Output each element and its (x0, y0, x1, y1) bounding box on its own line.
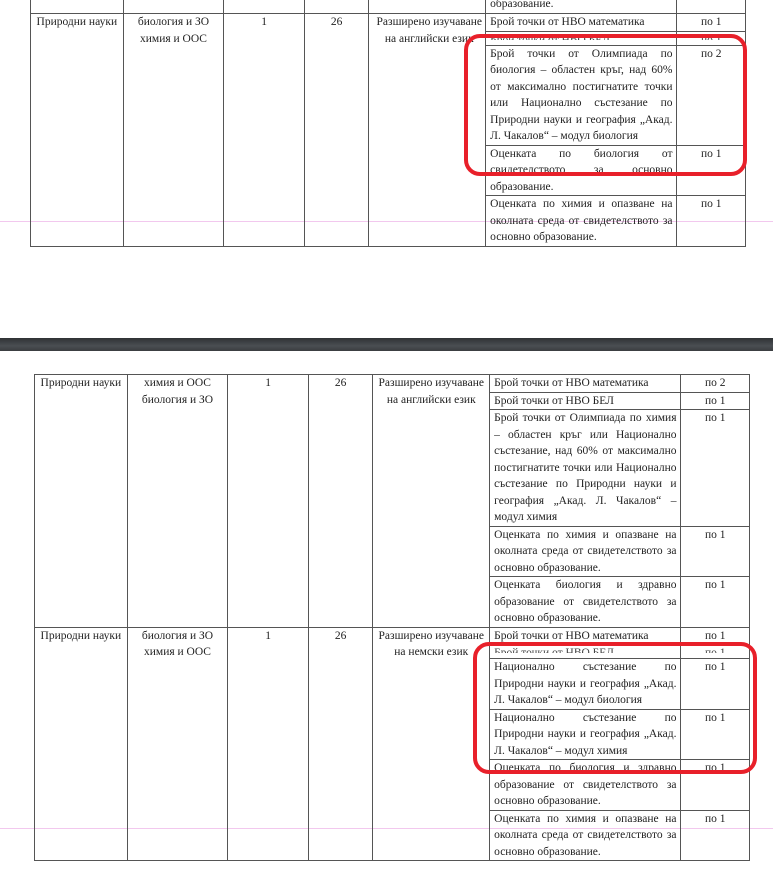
profile-cell: Природни науки (35, 375, 128, 628)
places-cell: 26 (308, 627, 372, 861)
criterion-coef: по 1 (677, 145, 746, 196)
criterion-text: Брой точки от НВО БЕЛ (486, 31, 677, 45)
criterion-text: Брой точки от НВО математика (490, 627, 681, 645)
subjects-cell: биология и ЗО химия и ООС (123, 14, 224, 247)
document-page-1: образование. Природни науки биология и З… (0, 0, 773, 338)
classes-cell: 1 (224, 14, 305, 247)
criterion-text: Оценката по химия и опазване на околната… (490, 810, 681, 861)
criterion-coef: по 1 (677, 196, 746, 247)
profile-cell: Природни науки (35, 627, 128, 861)
subjects-cell: химия и ООС биология и ЗО (127, 375, 228, 628)
criterion-text: Оценката по химия и опазване на околната… (490, 526, 681, 577)
places-cell: 26 (308, 375, 372, 628)
criterion-text: Оценката по химия и опазване на околната… (486, 196, 677, 247)
criterion-coef: по 1 (681, 659, 750, 710)
criterion-carryover: образование. (486, 0, 677, 14)
criterion-text: Брой точки от НВО БЕЛ (490, 392, 681, 410)
profile-cell: Природни науки (31, 14, 124, 247)
criterion-text: Оценката биология и здравно образование … (490, 577, 681, 628)
criterion-text: Брой точки от Олимпиада по химия – облас… (490, 410, 681, 527)
criterion-text: Брой точки от НВО БЕЛ (490, 645, 681, 659)
criterion-text: Национално състезание по Природни науки … (490, 709, 681, 760)
classes-cell: 1 (228, 627, 309, 861)
criterion-coef: по 2 (681, 375, 750, 393)
criterion-coef: по 1 (677, 14, 746, 32)
criterion-text: Национално състезание по Природни науки … (490, 659, 681, 710)
page-separator (0, 338, 773, 351)
note-cell: Разширено изучаване на английски език (369, 14, 486, 247)
criterion-coef: по 1 (681, 577, 750, 628)
criterion-coef: по 1 (681, 810, 750, 861)
document-page-2: Природни науки химия и ООС биология и ЗО… (0, 351, 773, 871)
criterion-coef: по 1 (681, 627, 750, 645)
places-cell: 26 (304, 14, 368, 247)
criterion-coef: по 2 (677, 45, 746, 145)
criterion-coef: по 1 (681, 410, 750, 527)
criterion-coef: по 1 (681, 645, 750, 659)
criterion-coef: по 1 (681, 760, 750, 811)
note-cell: Разширено изучаване на немски език (373, 627, 490, 861)
admission-table-page-2: Природни науки химия и ООС биология и ЗО… (34, 374, 750, 861)
criterion-coef: по 1 (681, 526, 750, 577)
criterion-coef: по 1 (677, 31, 746, 45)
criterion-text: Брой точки от НВО математика (486, 14, 677, 32)
subjects-cell: биология и ЗО химия и ООС (127, 627, 228, 861)
criterion-text: Брой точки от Олимпиада по биология – об… (486, 45, 677, 145)
criterion-coef: по 1 (681, 392, 750, 410)
criterion-text: Оценката по биология от свидетелството з… (486, 145, 677, 196)
admission-table-page-1: образование. Природни науки биология и З… (30, 0, 746, 247)
note-cell: Разширено изучаване на английски език (373, 375, 490, 628)
criterion-coef: по 1 (681, 709, 750, 760)
classes-cell: 1 (228, 375, 309, 628)
criterion-text: Оценката по биология и здравно образован… (490, 760, 681, 811)
criterion-text: Брой точки от НВО математика (490, 375, 681, 393)
